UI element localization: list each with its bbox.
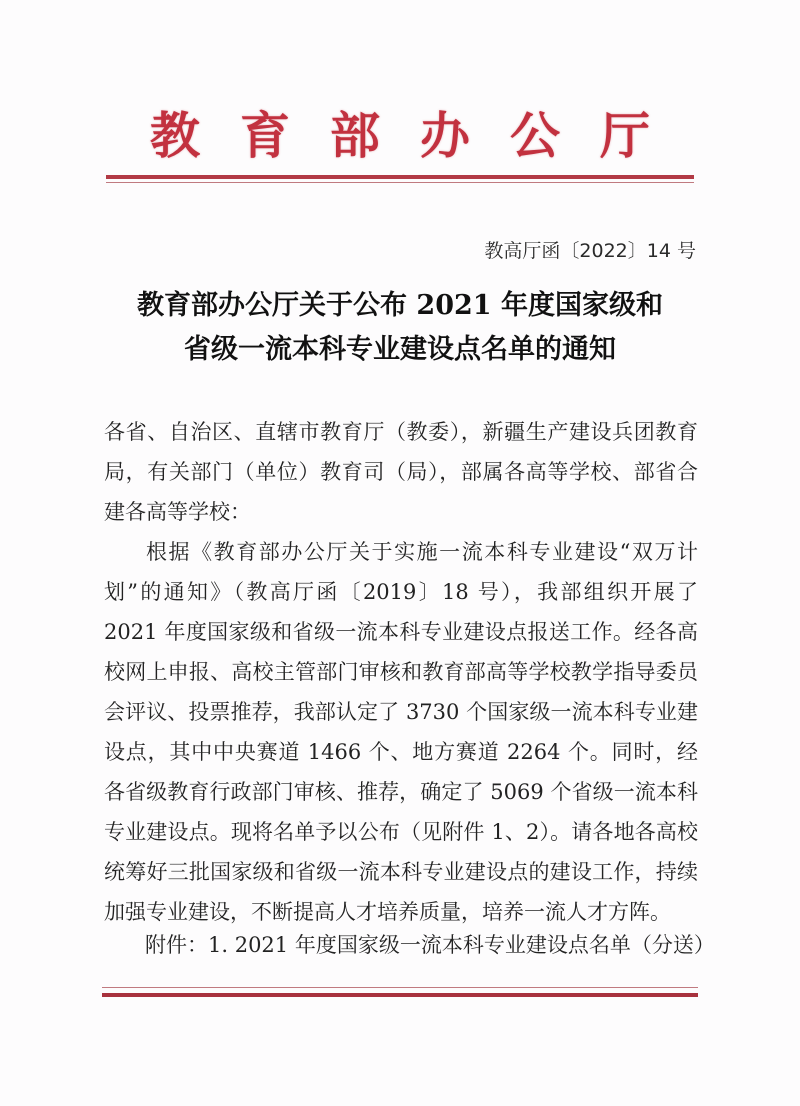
- body-paragraph: 根据《教育部办公厅关于实施一流本科专业建设“双万计划”的通知》（教高厅函〔201…: [104, 532, 698, 932]
- letterhead-red-rule-thick: [106, 175, 694, 179]
- document-number: 教高厅函〔2022〕14 号: [484, 236, 696, 263]
- document-title: 教育部办公厅关于公布 2021 年度国家级和 省级一流本科专业建设点名单的通知: [0, 284, 800, 372]
- attachment-line: 附件：1. 2021 年度国家级一流本科专业建设点名单（分送）: [145, 925, 705, 965]
- document-title-line-2: 省级一流本科专业建设点名单的通知: [0, 328, 800, 372]
- document-body: 各省、自治区、直辖市教育厅（教委），新疆生产建设兵团教育局，有关部门（单位）教育…: [104, 412, 698, 932]
- addressee-paragraph: 各省、自治区、直辖市教育厅（教委），新疆生产建设兵团教育局，有关部门（单位）教育…: [104, 412, 698, 532]
- footer-red-rule-thick: [102, 993, 698, 997]
- letterhead: 教育部办公厅: [0, 96, 800, 168]
- document-title-line-1: 教育部办公厅关于公布 2021 年度国家级和: [0, 284, 800, 328]
- letterhead-organization: 教育部办公厅: [150, 96, 690, 168]
- letterhead-red-rule-thin: [106, 182, 694, 183]
- footer-red-rule-thin: [102, 987, 698, 988]
